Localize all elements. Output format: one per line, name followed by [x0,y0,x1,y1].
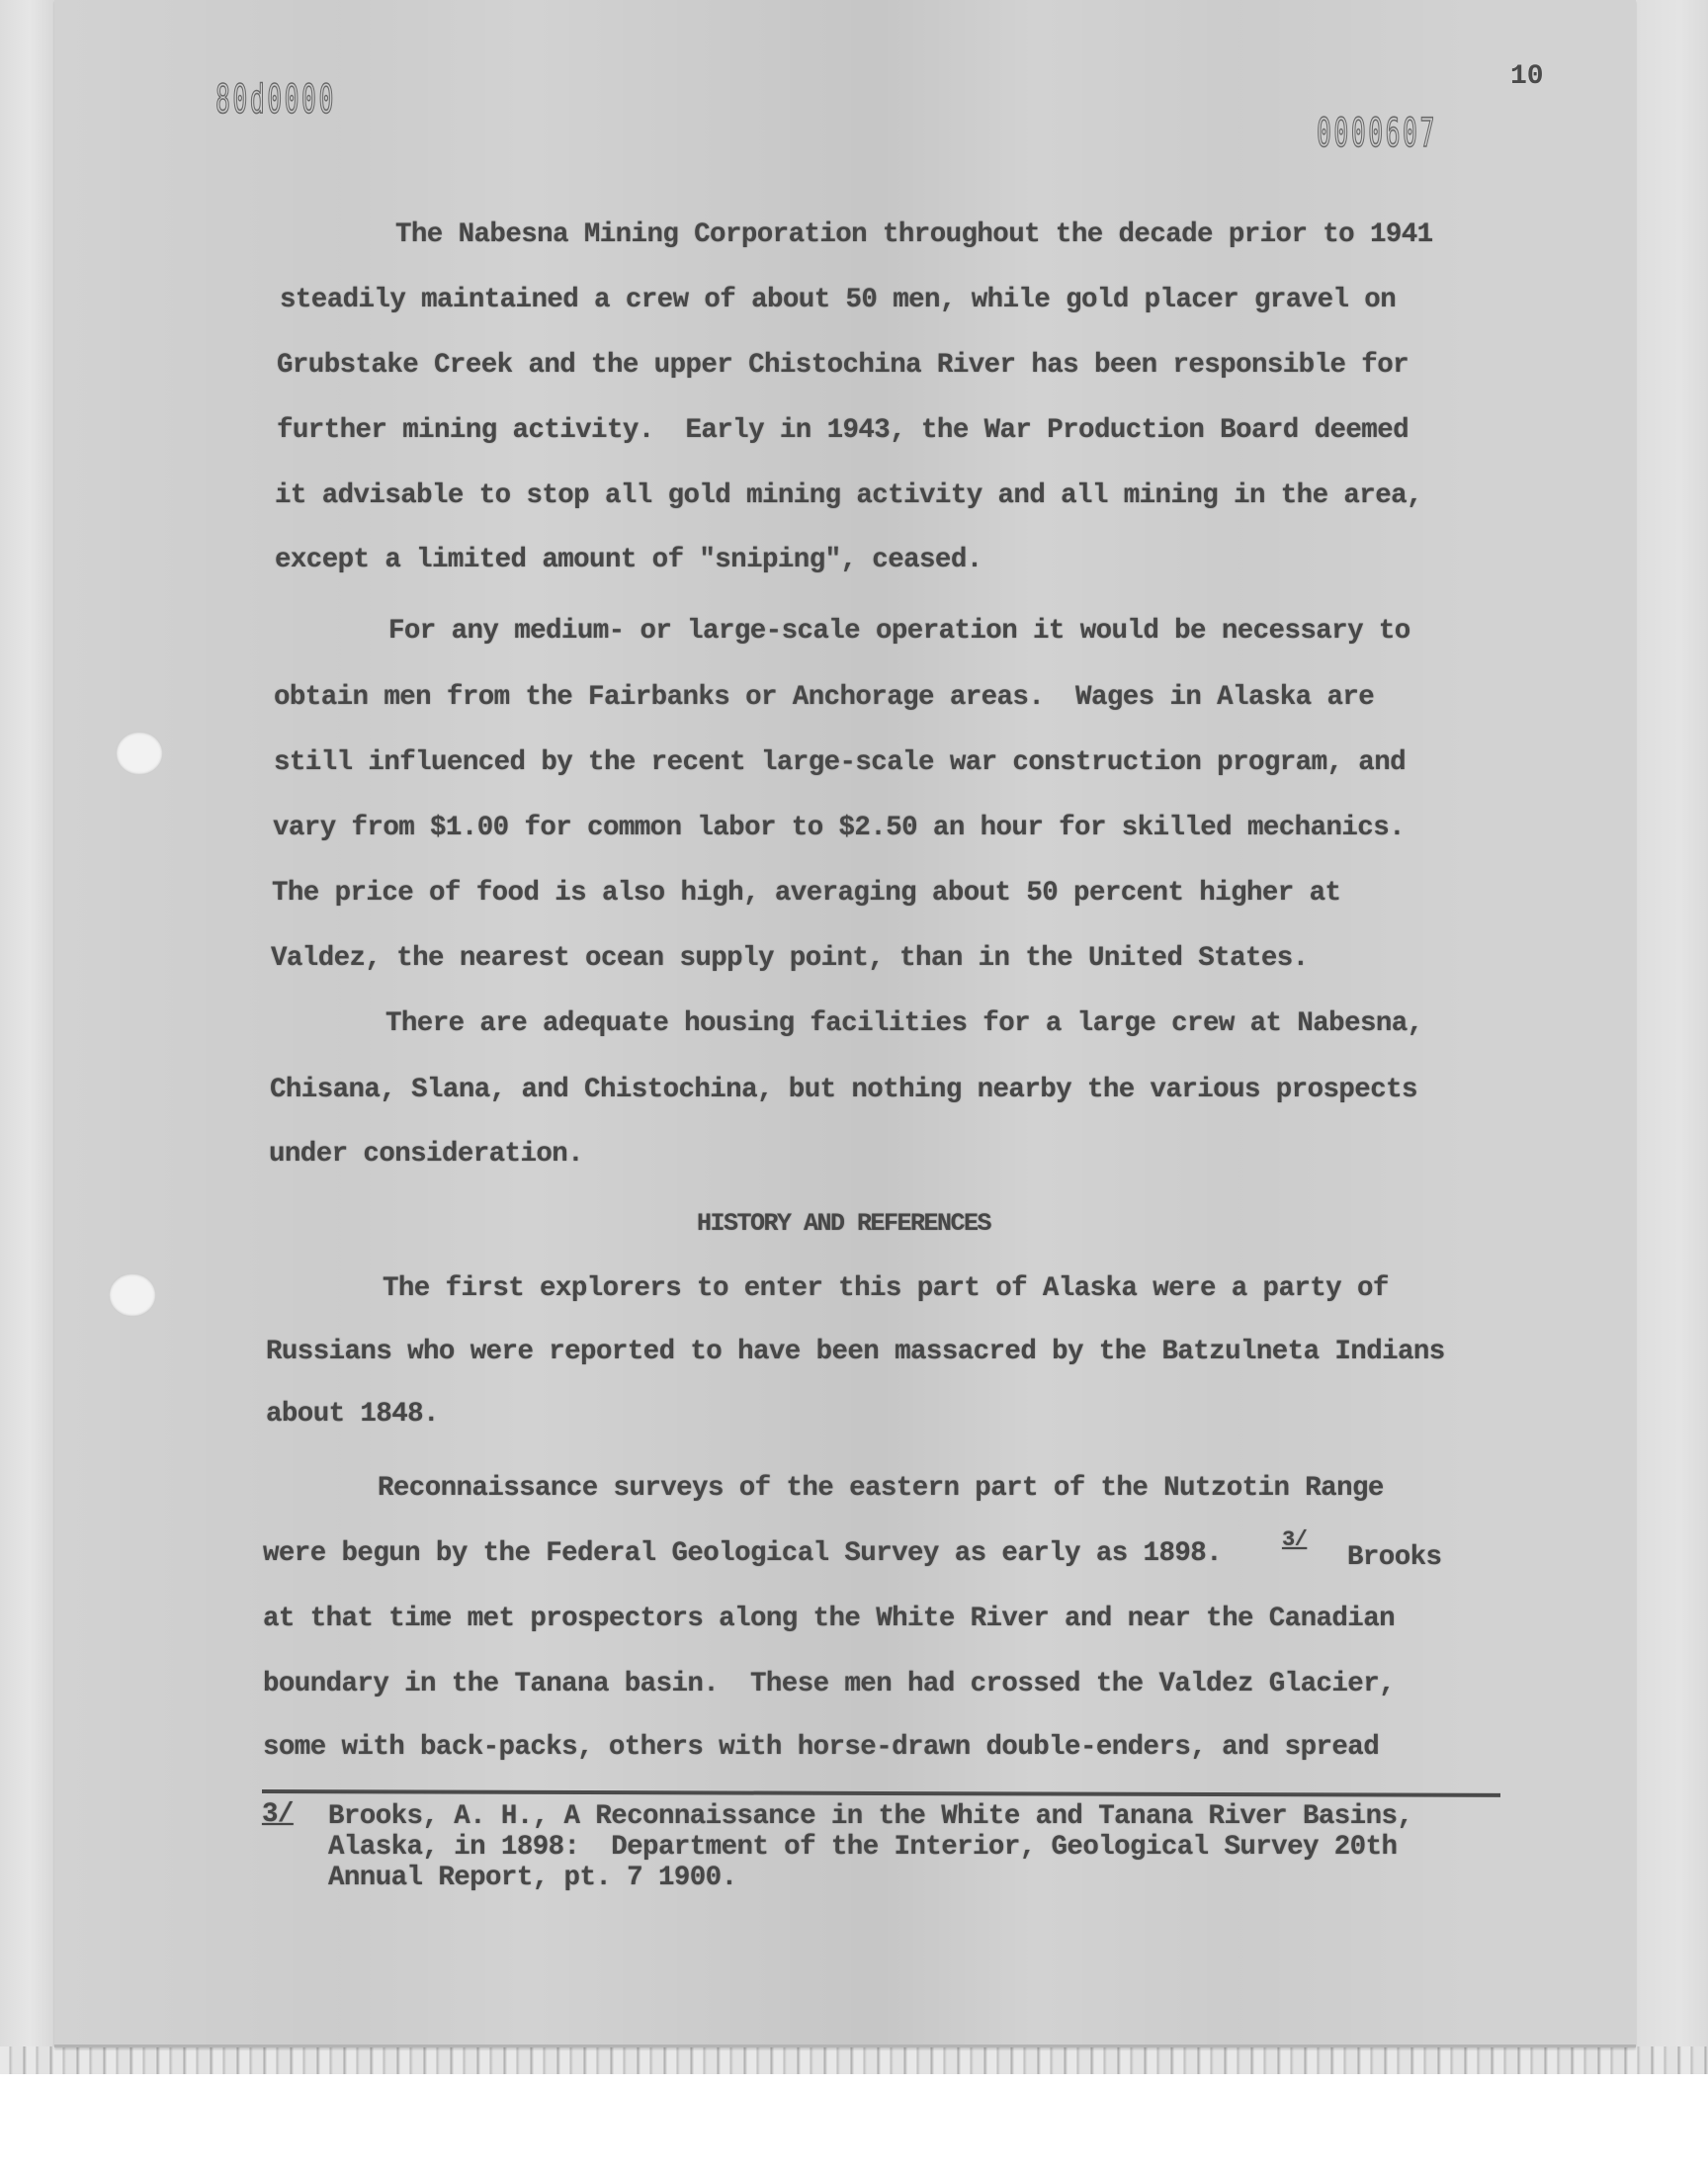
footnote-line: Brooks, A. H., A Reconnaissance in the W… [328,1801,1412,1832]
text-line: about 1848. [266,1399,439,1430]
text-line: obtain men from the Fairbanks or Anchora… [274,682,1374,713]
text-line: Valdez, the nearest ocean supply point, … [271,943,1309,974]
text-line: vary from $1.00 for common labor to $2.5… [273,813,1405,843]
footnote-line: Annual Report, pt. 7 1900. [328,1863,736,1893]
text-line: some with back-packs, others with horse-… [263,1732,1379,1763]
text-line: Grubstake Creek and the upper Chistochin… [277,350,1409,381]
text-line: were begun by the Federal Geological Sur… [263,1538,1222,1569]
punch-hole-upper [116,732,163,775]
stamp-left: 80d0000 [215,77,336,123]
text-line: further mining activity. Early in 1943, … [277,415,1409,446]
text-line: Chisana, Slana, and Chistochina, but not… [270,1075,1417,1105]
footnote-marker: 3/ [262,1799,294,1830]
text-line: it advisable to stop all gold mining act… [275,480,1422,511]
text-line: at that time met prospectors along the W… [263,1604,1395,1634]
text-line: boundary in the Tanana basin. These men … [263,1669,1395,1699]
text-line: under consideration. [269,1139,583,1170]
punch-hole-lower [109,1273,156,1317]
footnote-reference[interactable]: 3/ [1282,1527,1307,1552]
section-heading: HISTORY AND REFERENCES [697,1209,990,1238]
text-line: The price of food is also high, averagin… [272,878,1340,909]
text-line: except a limited amount of "sniping", ce… [275,545,982,575]
text-line: still influenced by the recent large-sca… [274,747,1406,778]
text-line: steadily maintained a crew of about 50 m… [280,285,1396,315]
text-line: Russians who were reported to have been … [266,1337,1445,1367]
text-line: The first explorers to enter this part o… [383,1273,1389,1304]
footnote-line: Alaska, in 1898: Department of the Inter… [328,1832,1397,1863]
text-line: For any medium- or large-scale operation… [388,616,1410,647]
text-line: The Nabesna Mining Corporation throughou… [395,219,1433,250]
text-line: There are adequate housing facilities fo… [385,1008,1423,1039]
text-line: Brooks [1347,1542,1441,1573]
page-number: 10 [1510,61,1544,92]
scanner-streaks [0,2046,1708,2074]
stamp-right: 0000607 [1317,111,1437,156]
text-line: Reconnaissance surveys of the eastern pa… [378,1473,1384,1504]
